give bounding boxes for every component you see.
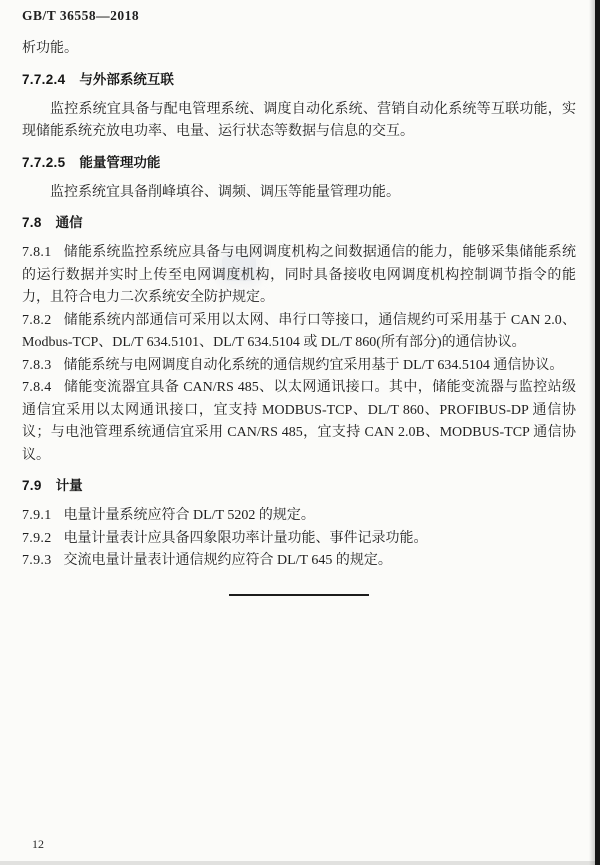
clause-text: 交流电量计量表计通信规约应符合 DL/T 645 的规定。	[64, 553, 392, 568]
continuation-text: 析功能。	[22, 38, 576, 61]
clause-text: 储能系统内部通信可采用以太网、串行口等接口，通信规约可采用基于 CAN 2.0、…	[22, 313, 576, 351]
section-number: 7.7.2.4	[22, 72, 65, 87]
section-number: 7.7.2.5	[22, 155, 65, 170]
section-heading-7725: 7.7.2.5能量管理功能	[22, 155, 576, 171]
clause-number: 7.8.4	[22, 380, 52, 395]
standard-number-header: GB/T 36558—2018	[22, 8, 576, 24]
clause-784: 7.8.4储能变流器宜具备 CAN/RS 485、以太网通讯接口。其中，储能变流…	[22, 377, 576, 467]
clause-number: 7.9.3	[22, 553, 52, 568]
section-number: 7.8	[22, 215, 42, 230]
clause-text: 储能系统监控系统应具备与电网调度机构之间数据通信的能力，能够采集储能系统的运行数…	[22, 245, 576, 305]
clause-number: 7.8.3	[22, 358, 52, 373]
clause-782: 7.8.2储能系统内部通信可采用以太网、串行口等接口，通信规约可采用基于 CAN…	[22, 310, 576, 355]
clause-783: 7.8.3储能系统与电网调度自动化系统的通信规约宜采用基于 DL/T 634.5…	[22, 355, 576, 378]
clause-text: 储能系统与电网调度自动化系统的通信规约宜采用基于 DL/T 634.5104 通…	[64, 358, 564, 373]
clause-number: 7.8.2	[22, 313, 52, 328]
section-title: 与外部系统互联	[79, 72, 174, 87]
clause-number: 7.9.1	[22, 508, 52, 523]
end-of-document-divider	[229, 594, 369, 596]
section-title: 通信	[56, 215, 83, 230]
section-number: 7.9	[22, 478, 42, 493]
scan-bottom-edge	[0, 861, 600, 865]
clause-text: 储能变流器宜具备 CAN/RS 485、以太网通讯接口。其中，储能变流器与监控站…	[22, 380, 576, 463]
section-heading-7724: 7.7.2.4与外部系统互联	[22, 72, 576, 88]
page-content: GB/T 36558—2018 析功能。 7.7.2.4与外部系统互联 监控系统…	[0, 0, 600, 596]
clause-text: 电量计量表计应具备四象限功率计量功能、事件记录功能。	[64, 531, 428, 546]
paragraph-interconnection: 监控系统宜具备与配电管理系统、调度自动化系统、营销自动化系统等互联功能，实现储能…	[22, 99, 576, 144]
section-title: 计量	[56, 478, 83, 493]
clause-792: 7.9.2电量计量表计应具备四象限功率计量功能、事件记录功能。	[22, 528, 576, 551]
clause-number: 7.9.2	[22, 531, 52, 546]
section-title: 能量管理功能	[79, 155, 160, 170]
clause-781: 7.8.1储能系统监控系统应具备与电网调度机构之间数据通信的能力，能够采集储能系…	[22, 242, 576, 310]
section-heading-78: 7.8通信	[22, 215, 576, 231]
clause-791: 7.9.1电量计量系统应符合 DL/T 5202 的规定。	[22, 505, 576, 528]
clause-793: 7.9.3交流电量计量表计通信规约应符合 DL/T 645 的规定。	[22, 550, 576, 573]
clause-number: 7.8.1	[22, 245, 52, 260]
clause-text: 电量计量系统应符合 DL/T 5202 的规定。	[64, 508, 315, 523]
document-page: GB/T 36558—2018 析功能。 7.7.2.4与外部系统互联 监控系统…	[0, 0, 600, 865]
section-heading-79: 7.9计量	[22, 478, 576, 494]
paragraph-energy-management: 监控系统宜具备削峰填谷、调频、调压等能量管理功能。	[22, 182, 576, 205]
page-number: 12	[32, 837, 44, 852]
